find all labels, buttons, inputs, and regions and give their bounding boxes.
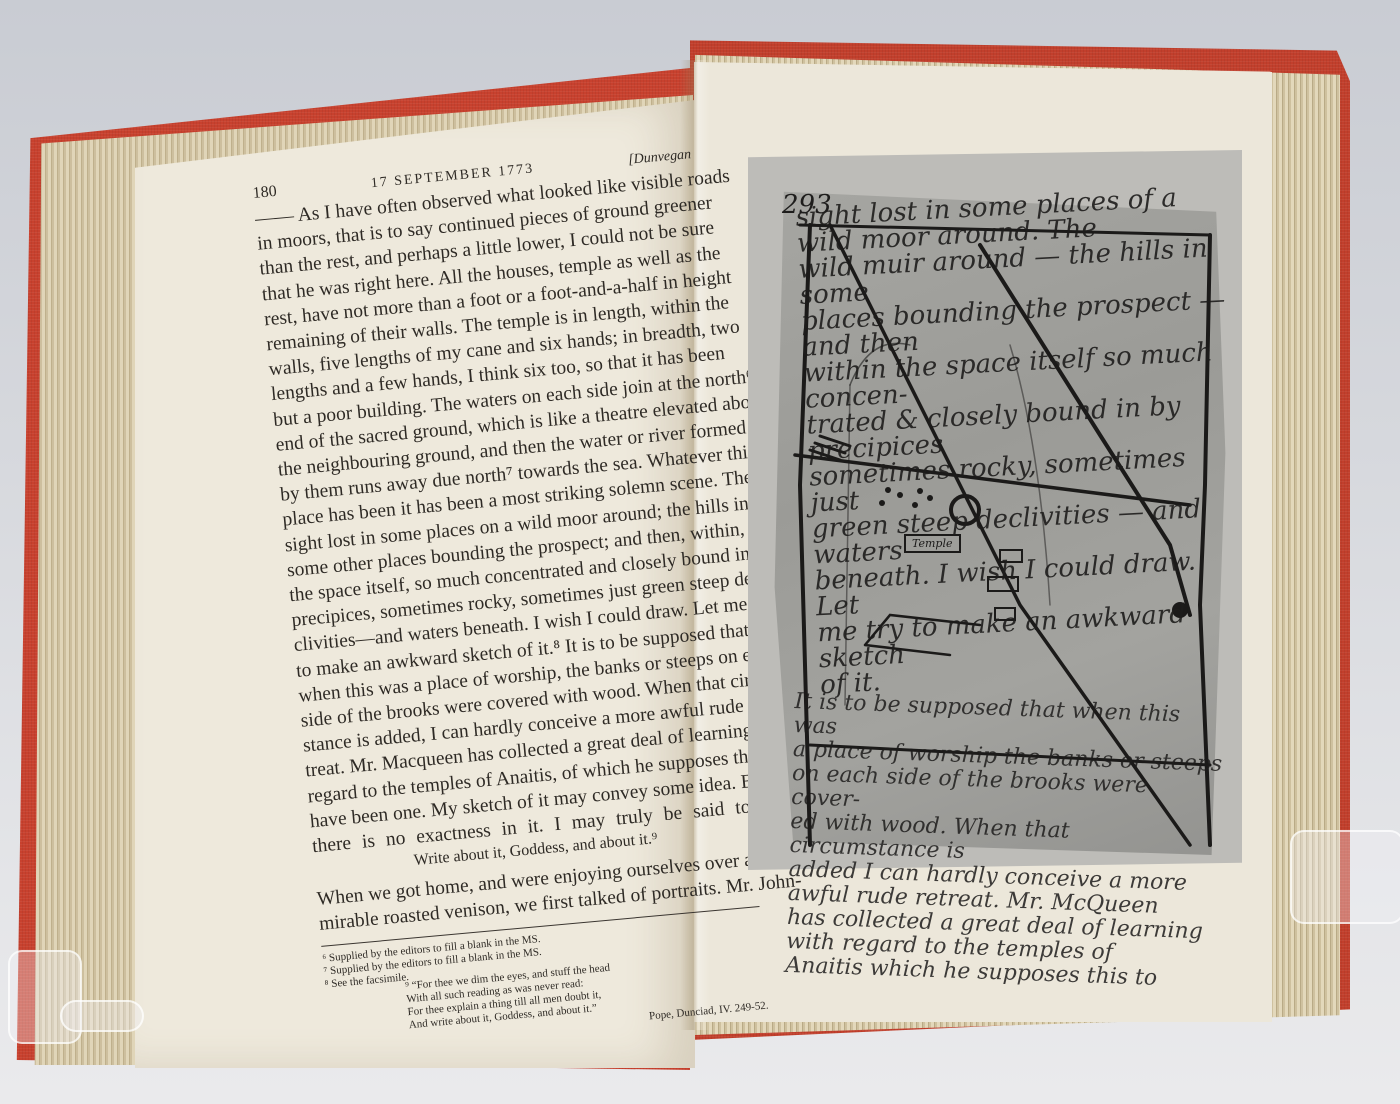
page-clip-left-arm [60, 1000, 144, 1032]
body-paragraph: —— As I have often observed what looked … [254, 167, 752, 859]
page-clip-right [1290, 830, 1400, 924]
left-page-text: 180 17 SEPTEMBER 1773 [Dunvegan —— As I … [252, 145, 769, 1051]
manuscript-text-bottom: It is to be supposed that when this wasa… [785, 690, 1225, 993]
page-number: 180 [252, 183, 278, 203]
manuscript-text-top: sight lost in some places of a wild moor… [795, 182, 1250, 698]
running-head-place: [Dunvegan [628, 147, 692, 169]
sketch-label-temple: Temple [912, 537, 953, 550]
